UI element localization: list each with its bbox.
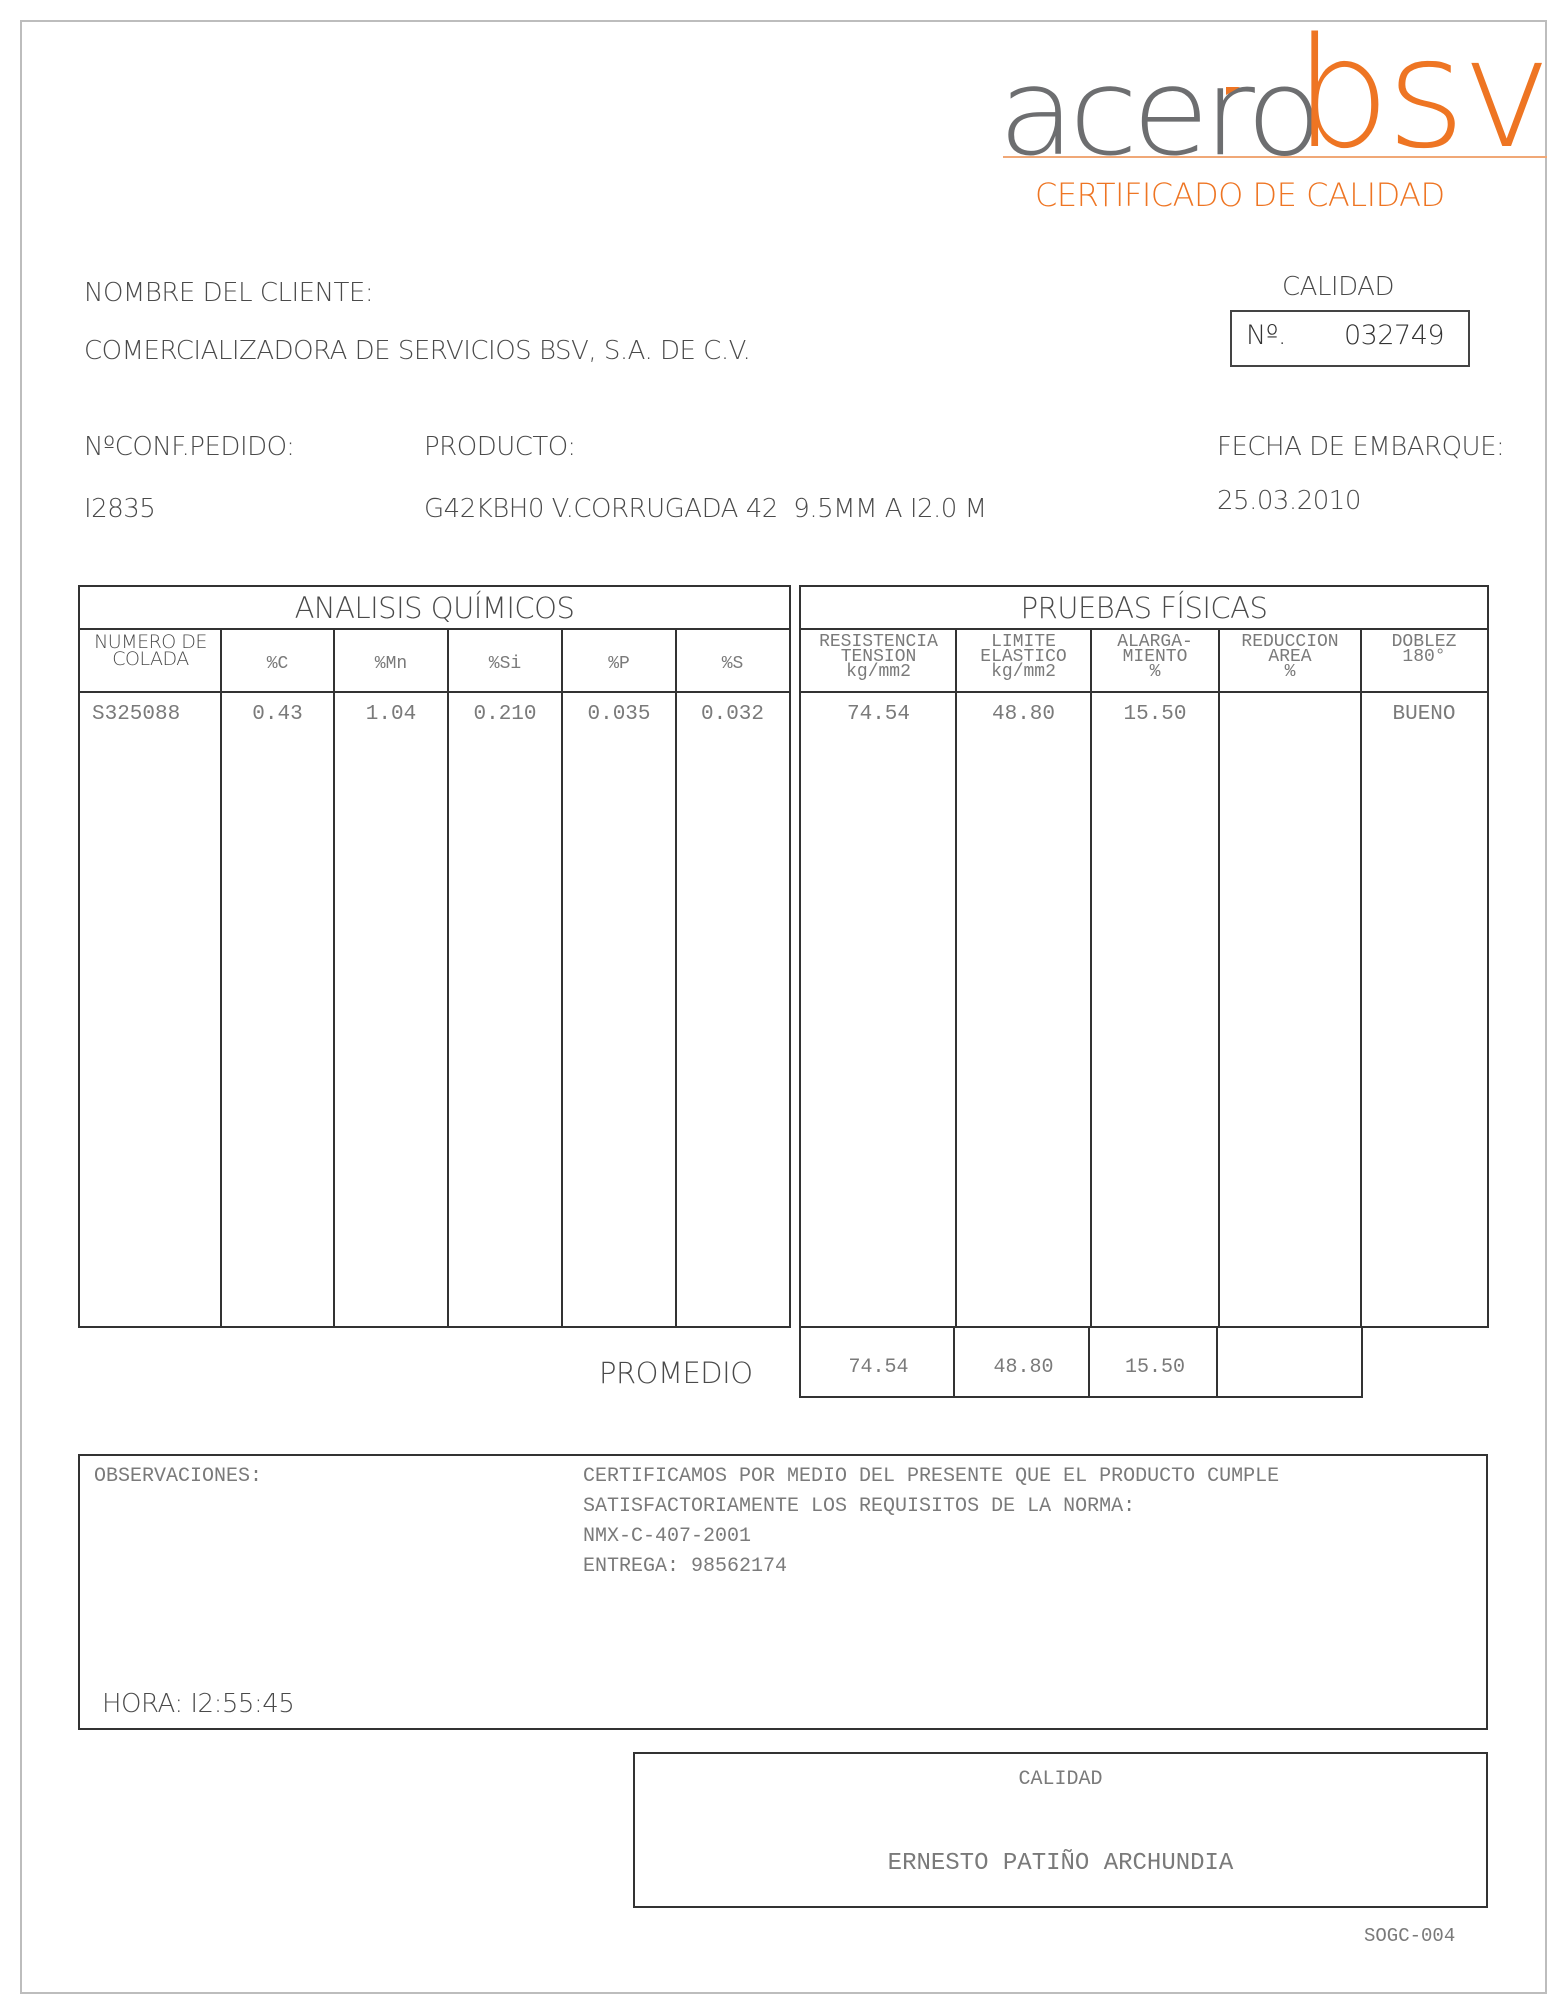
order-label: NºCONF.PEDIDO: [84, 432, 294, 462]
table-cell: 0.43 [221, 703, 334, 726]
delivery-label: ENTREGA: [583, 1555, 679, 1578]
header-text: %C [221, 657, 334, 672]
delivery-number: 98562174 [691, 1555, 787, 1578]
header-text: %Si [448, 657, 562, 672]
chemical-analysis-table: ANALISIS QUÍMICOS NUMERO DECOLADAS325088… [78, 585, 791, 1328]
phys-column-header: DOBLEZ180° [1361, 635, 1487, 665]
header-text: kg/mm2 [801, 665, 956, 680]
acero-bsv-logo: acero bsv [998, 14, 1478, 144]
certification-line-2: SATISFACTORIAMENTE LOS REQUISITOS DE LA … [583, 1495, 1135, 1518]
chemical-table-title: ANALISIS QUÍMICOS [80, 587, 789, 629]
chem-column-header: %C [221, 657, 334, 672]
table-cell: 48.80 [956, 703, 1091, 726]
certificate-number: 032749 [1344, 320, 1444, 351]
order-number: I2835 [84, 494, 155, 524]
signature-department: CALIDAD [635, 1768, 1486, 1791]
signature-name: ERNESTO PATIÑO ARCHUNDIA [635, 1850, 1486, 1877]
average-value: 15.50 [1091, 1356, 1219, 1379]
chem-column-header: %Si [448, 657, 562, 672]
header-text: 180° [1361, 650, 1487, 665]
column-divider [1218, 629, 1220, 1326]
table-rule [801, 691, 1487, 693]
table-cell: 74.54 [801, 703, 956, 726]
average-label: PROMEDIO [599, 1356, 753, 1390]
table-rule [801, 628, 1487, 630]
norm-code: NMX-C-407-2001 [583, 1525, 751, 1548]
phys-column-header: LIMITEELASTICOkg/mm2 [956, 635, 1091, 680]
shipping-date-label: FECHA DE EMBARQUE: [1217, 432, 1504, 462]
table-rule [80, 691, 789, 693]
observations-box: OBSERVACIONES: CERTIFICAMOS POR MEDIO DE… [78, 1454, 1488, 1730]
observations-label: OBSERVACIONES: [94, 1465, 262, 1488]
time-label: HORA: [102, 1689, 183, 1719]
column-divider [333, 629, 335, 1326]
chem-column-header: NUMERO DECOLADA [80, 634, 221, 668]
column-divider [1088, 1326, 1090, 1396]
calidad-label: CALIDAD [1282, 272, 1394, 302]
product-value: G42KBH0 V.CORRUGADA 42 9.5MM A I2.0 M [424, 494, 987, 524]
shipping-date: 25.03.2010 [1217, 486, 1361, 516]
header-text: %P [562, 657, 676, 672]
header-text: kg/mm2 [956, 665, 1091, 680]
average-value: 74.54 [801, 1356, 956, 1379]
table-cell: 1.04 [334, 703, 448, 726]
time-value: I2:55:45 [190, 1689, 294, 1719]
table-cell: 0.035 [562, 703, 676, 726]
client-label: NOMBRE DEL CLIENTE: [84, 278, 373, 308]
delivery-line: ENTREGA: 98562174 [583, 1555, 787, 1578]
chem-column-header: %Mn [334, 657, 448, 672]
certificate-number-box: Nº. 032749 [1230, 310, 1470, 367]
header-text: COLADA [80, 651, 221, 668]
table-cell: 15.50 [1091, 703, 1219, 726]
table-cell: BUENO [1361, 703, 1487, 726]
number-prefix: Nº. [1246, 320, 1286, 351]
physical-table-title: PRUEBAS FÍSICAS [801, 587, 1487, 629]
header-divider [1003, 156, 1547, 158]
column-divider [1090, 629, 1092, 1326]
column-divider [955, 629, 957, 1326]
table-cell: 0.032 [676, 703, 789, 726]
column-divider [953, 1326, 955, 1396]
product-label: PRODUCTO: [424, 432, 576, 462]
phys-column-header: REDUCCIONAREA% [1219, 635, 1361, 680]
average-row: 74.5448.8015.50 [799, 1326, 1363, 1398]
form-code: SOGC-004 [1364, 1925, 1455, 1947]
header-text: % [1091, 665, 1219, 680]
column-divider [675, 629, 677, 1326]
signature-box: CALIDAD ERNESTO PATIÑO ARCHUNDIA [633, 1752, 1488, 1908]
time-line: HORA: I2:55:45 [102, 1689, 294, 1719]
chem-column-header: %P [562, 657, 676, 672]
table-cell: S325088 [92, 703, 233, 726]
column-divider [1360, 629, 1362, 1326]
average-value: 48.80 [956, 1356, 1091, 1379]
column-divider [220, 629, 222, 1326]
logo-bsv-text: bsv [1294, 18, 1548, 170]
header-text: %S [676, 657, 789, 672]
physical-tests-table: PRUEBAS FÍSICAS RESISTENCIATENSIONkg/mm2… [799, 585, 1489, 1328]
logo-accent-mark [1226, 87, 1240, 95]
table-cell: 0.210 [448, 703, 562, 726]
column-divider [447, 629, 449, 1326]
header-text: %Mn [334, 657, 448, 672]
certification-line-1: CERTIFICAMOS POR MEDIO DEL PRESENTE QUE … [583, 1465, 1279, 1488]
column-divider [1216, 1326, 1218, 1396]
phys-column-header: ALARGA-MIENTO% [1091, 635, 1219, 680]
document-title: CERTIFICADO DE CALIDAD [1035, 176, 1445, 214]
phys-column-header: RESISTENCIATENSIONkg/mm2 [801, 635, 956, 680]
table-rule [80, 628, 789, 630]
header-text: % [1219, 665, 1361, 680]
chem-column-header: %S [676, 657, 789, 672]
client-name: COMERCIALIZADORA DE SERVICIOS BSV, S.A. … [84, 336, 750, 366]
column-divider [561, 629, 563, 1326]
